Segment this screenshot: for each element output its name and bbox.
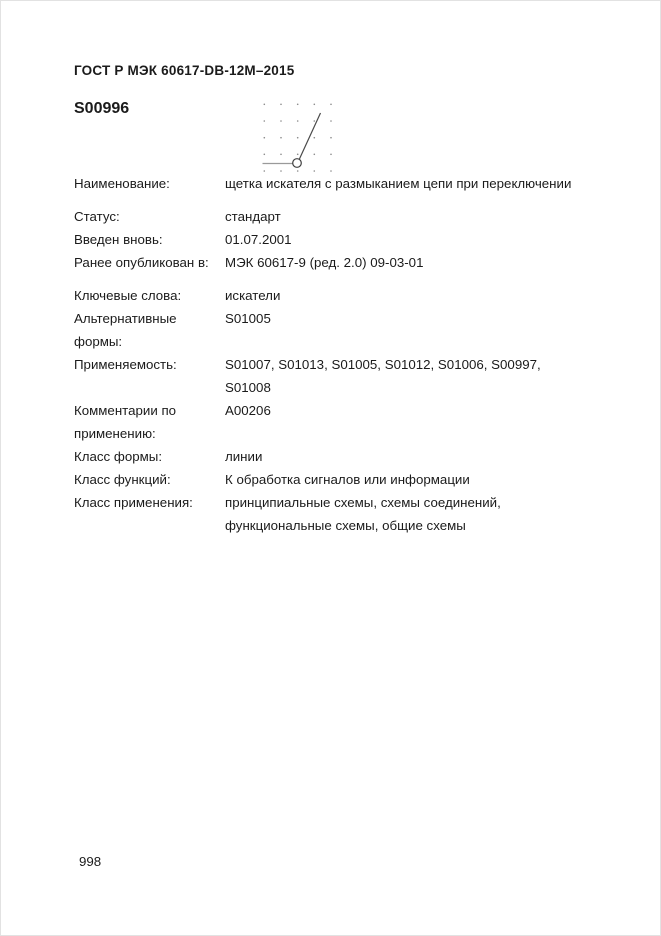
page-number: 998 [79, 854, 101, 869]
field-label: Альтернативные формы: [74, 307, 225, 353]
table-row: Применяемость: S01007, S01013, S01005, S… [74, 353, 594, 399]
field-value: принципиальные схемы, схемы соединений, … [225, 491, 588, 537]
field-value: S01007, S01013, S01005, S01012, S01006, … [225, 353, 588, 399]
field-value: К обработка сигналов или информации [225, 468, 588, 491]
field-label: Класс функций: [74, 468, 225, 491]
table-row: Комментарии по применению: A00206 [74, 399, 594, 445]
symbol-contact-circle-icon [293, 159, 302, 168]
field-label: Ключевые слова: [74, 284, 225, 307]
symbol-id: S00996 [74, 100, 129, 118]
table-row: Введен вновь: 01.07.2001 [74, 228, 594, 251]
table-row: Наименование: щетка искателя с размыкани… [74, 172, 594, 195]
table-row: Альтернативные формы: S01005 [74, 307, 594, 353]
symbol-wiper-line [299, 113, 320, 159]
field-label: Класс формы: [74, 445, 225, 468]
symbol-diagram [251, 96, 346, 181]
document-page: ГОСТ Р МЭК 60617-DB-12М–2015 S00996 Наим… [0, 0, 661, 936]
field-label: Ранее опубликован в: [74, 251, 225, 274]
field-label: Наименование: [74, 172, 225, 195]
field-label: Применяемость: [74, 353, 225, 376]
field-label: Статус: [74, 205, 225, 228]
field-value: искатели [225, 284, 588, 307]
table-row: Ключевые слова: искатели [74, 284, 594, 307]
table-row: Класс функций: К обработка сигналов или … [74, 468, 594, 491]
field-value: A00206 [225, 399, 588, 422]
field-label: Класс применения: [74, 491, 225, 514]
field-label: Комментарии по применению: [74, 399, 225, 445]
table-row: Класс применения: принципиальные схемы, … [74, 491, 594, 537]
table-row: Ранее опубликован в: МЭК 60617-9 (ред. 2… [74, 251, 594, 274]
field-value: 01.07.2001 [225, 228, 588, 251]
field-value: щетка искателя с размыканием цепи при пе… [225, 172, 588, 195]
table-row: Статус: стандарт [74, 205, 594, 228]
field-value: линии [225, 445, 588, 468]
table-row: Класс формы: линии [74, 445, 594, 468]
field-value: МЭК 60617-9 (ред. 2.0) 09-03-01 [225, 251, 588, 274]
attributes-table: Наименование: щетка искателя с размыкани… [74, 172, 594, 537]
field-value: стандарт [225, 205, 588, 228]
document-title: ГОСТ Р МЭК 60617-DB-12М–2015 [74, 63, 294, 78]
field-label: Введен вновь: [74, 228, 225, 251]
field-value: S01005 [225, 307, 588, 330]
